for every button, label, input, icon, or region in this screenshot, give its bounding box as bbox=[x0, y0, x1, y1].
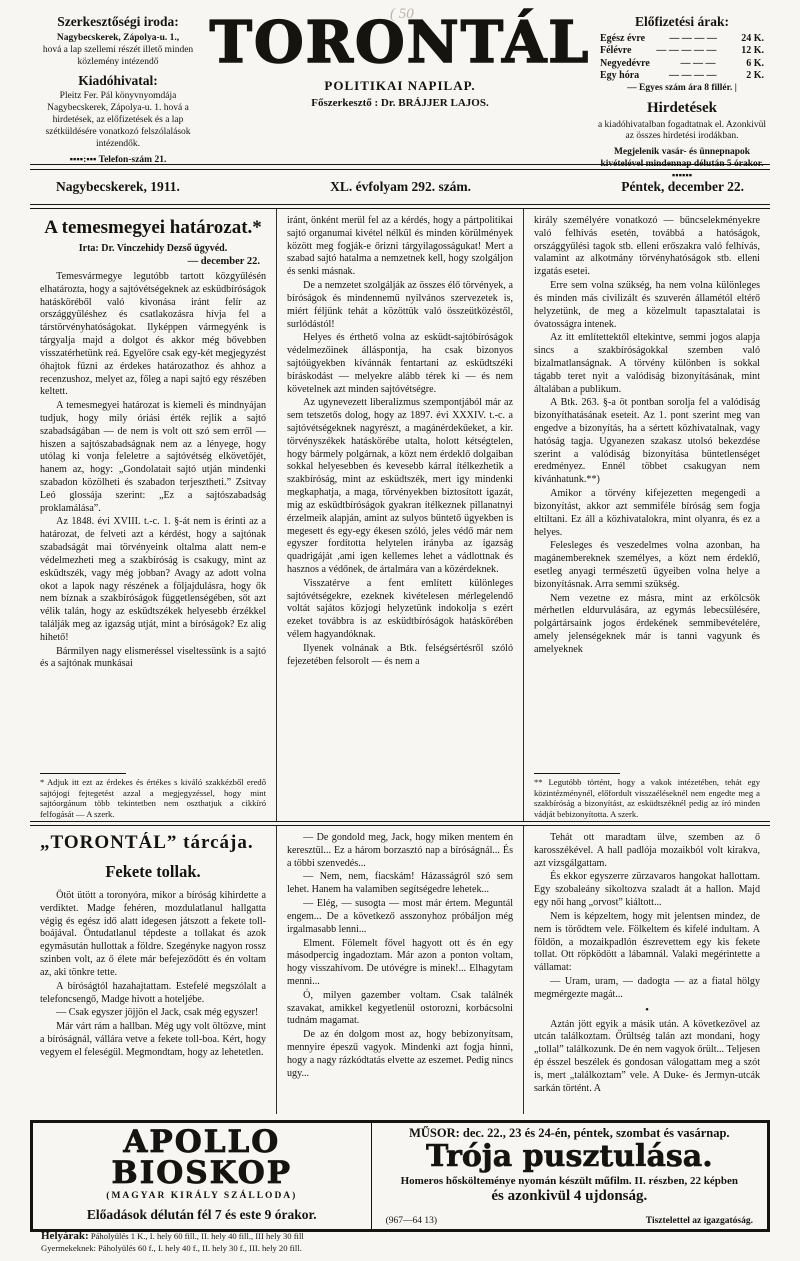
price-value: 2 K. bbox=[746, 70, 764, 83]
dateline-place: Nagybecskerek, 1911. bbox=[56, 179, 180, 195]
price-label: Negyedévre bbox=[600, 58, 650, 71]
telefon-line: ▪▪▪▪:▪▪▪ Telefon-szám 21. bbox=[30, 155, 206, 167]
feuilleton-paragraph: De az én dolgom most az, hogy bebizonyít… bbox=[287, 1029, 513, 1080]
newspaper-page: ( 50 Szerkesztőségi iroda: Nagybecskerek… bbox=[0, 0, 800, 1261]
feuilleton-paragraph: A bíróságtól hazahajtattam. Estefelé meg… bbox=[40, 981, 266, 1007]
price-row: Egy hóra — — — — 2 K. bbox=[594, 70, 770, 83]
advert-footer-row: (967—64 13) Tisztelettel az igazgatóság. bbox=[382, 1216, 757, 1227]
price-label: Egy hóra bbox=[600, 70, 639, 83]
article-paragraph: király személyére vonatkozó — bűncselekm… bbox=[534, 215, 760, 279]
advert-right: MŰSOR: dec. 22., 23 és 24-én, péntek, sz… bbox=[371, 1123, 767, 1229]
editor-footnote-1: * Adjuk itt ezt az érdekes és értékes s … bbox=[40, 773, 266, 819]
dot-separator: • bbox=[534, 1005, 760, 1016]
editorial-office-block: Szerkesztőségi iroda: Nagybecskerek, Záp… bbox=[30, 12, 206, 167]
feuilleton-paragraph: — Csak egyszer jöjjön el Jack, csak még … bbox=[40, 1007, 266, 1020]
telefon-number: Telefon-szám 21. bbox=[99, 155, 167, 165]
article-paragraph: Az itt említettektől eltekintve, semmi j… bbox=[534, 332, 760, 396]
article-column-3-text: király személyére vonatkozó — bűncselekm… bbox=[534, 215, 760, 769]
feuilleton-paragraph: És ekkor egyszerre zürzavaros hangokat h… bbox=[534, 871, 760, 909]
feuilleton-paragraph: Ó, milyen gazember voltam. Csak találnék… bbox=[287, 990, 513, 1028]
advert-showtimes: Előadások délután fél 7 és este 9 órakor… bbox=[41, 1207, 363, 1223]
article-paragraph: Az ugynevezett liberalizmus szempontjábó… bbox=[287, 397, 513, 576]
masthead-editor-line: Főszerkesztő : Dr. BRÁJJER LAJOS. bbox=[206, 97, 594, 109]
price-leader: — — — bbox=[650, 58, 746, 71]
feuilleton-column-3: Tehát ott maradtam ülve, szemben az ő ka… bbox=[523, 826, 770, 1114]
advert-left: APOLLO BIOSKOP (MAGYAR KIRÁLY SZÁLLODA) … bbox=[33, 1123, 371, 1229]
ads-text: a kiadóhivatalban fogadtatnak el. Azonki… bbox=[594, 120, 770, 144]
price-leader: — — — — bbox=[639, 70, 746, 83]
feuilleton-paragraph: Elment. Fölemelt fővel hagyott ott és én… bbox=[287, 938, 513, 989]
article-column-1: A temesmegyei határozat.* Irta: Dr. Vinc… bbox=[30, 209, 276, 821]
article-title: A temesmegyei határozat.* bbox=[40, 217, 266, 239]
publisher-title: Kiadóhivatal: bbox=[30, 73, 206, 90]
article-dateline: — december 22. bbox=[40, 256, 260, 267]
feuilleton-column-2: — De gondold meg, Jack, hogy miken mente… bbox=[276, 826, 523, 1114]
price-value: 6 K. bbox=[746, 58, 764, 71]
feuilleton-paragraph: — De gondold meg, Jack, hogy miken mente… bbox=[287, 832, 513, 870]
feuilleton-paragraph: Nem is képzeltem, hogy mit jelentsen min… bbox=[534, 911, 760, 975]
advert-prices: Helyárak: Páholyülés 1 K., I. hely 60 fi… bbox=[41, 1229, 363, 1254]
price-row: Negyedévre — — — 6 K. bbox=[594, 58, 770, 71]
article-paragraph: Helyes és érthető volna az esküdt-sajtób… bbox=[287, 332, 513, 396]
price-row: Félévre — — — — — 12 K. bbox=[594, 45, 770, 58]
article-paragraph: Bármilyen nagy elismeréssel viseltessünk… bbox=[40, 646, 266, 672]
article-column-3: király személyére vonatkozó — bűncselekm… bbox=[523, 209, 770, 821]
article-paragraph: De a nemzetet szolgálják az összes élő t… bbox=[287, 280, 513, 331]
feuilleton-paragraph: Tehát ott maradtam ülve, szemben az ő ka… bbox=[534, 832, 760, 870]
editorial-office-note: hová a lap szellemi részét illető minden… bbox=[30, 45, 206, 69]
feuilleton-column-1: „TORONTÁL” tárcája. Fekete tollak. Ötöt … bbox=[30, 826, 276, 1114]
advert-cinema-location: (MAGYAR KIRÁLY SZÁLLODA) bbox=[41, 1191, 363, 1201]
advert-children-prices: Gyermekeknek: Páholyülés 60 f., I. hely … bbox=[41, 1243, 302, 1253]
article-paragraph: A Btk. 263. §-a öt pontban sorolja fel a… bbox=[534, 397, 760, 487]
feuilleton-paragraph: — Elég, — susogta — most már értem. Megu… bbox=[287, 898, 513, 936]
dateline-issue: XL. évfolyam 292. szám. bbox=[330, 179, 471, 195]
advert-film-description: Homeros hőskölteménye nyomán készült műf… bbox=[382, 1175, 757, 1187]
publication-schedule: Megjelenik vasár- és ünnepnapok kivételé… bbox=[594, 147, 770, 183]
article-section: A temesmegyei határozat.* Irta: Dr. Vinc… bbox=[30, 209, 770, 821]
publisher-text: Pleitz Fer. Pál könyvnyomdája Nagybecske… bbox=[30, 91, 206, 150]
feuilleton-paragraph: Ötöt ütött a toronyóra, mikor a bíróság … bbox=[40, 890, 266, 980]
article-paragraph: A temesmegyei határozat is kiemeli és mi… bbox=[40, 400, 266, 515]
advert-extra-line: és azonkivül 4 ujdonság. bbox=[382, 1188, 757, 1205]
article-column-2-text: iránt, önként merül fel az a kérdés, hog… bbox=[287, 215, 513, 819]
article-column-1-text: A temesmegyei határozat.* Irta: Dr. Vinc… bbox=[40, 215, 266, 769]
masthead-subtitle: POLITIKAI NAPILAP. bbox=[206, 78, 594, 94]
schedule-text: Megjelenik vasár- és ünnepnapok kivételé… bbox=[600, 147, 763, 169]
editorial-office-address: Nagybecskerek, Zápolya-u. 1., bbox=[30, 33, 206, 45]
article-byline: Irta: Dr. Vinczehidy Dezső ügyvéd. bbox=[40, 243, 266, 254]
feuilleton-story-title: Fekete tollak. bbox=[40, 862, 266, 882]
feuilleton-paragraph: Aztán jött egyik a másik után. A követke… bbox=[534, 1019, 760, 1096]
subscription-title: Előfizetési árak: bbox=[594, 14, 770, 31]
feuilleton-column-3-text: Tehát ott maradtam ülve, szemben az ő ka… bbox=[534, 832, 760, 1112]
editorial-office-title: Szerkesztőségi iroda: bbox=[30, 14, 206, 31]
price-label: Félévre bbox=[600, 45, 631, 58]
article-paragraph: Erre sem volna szükség, ha nem volna kül… bbox=[534, 280, 760, 331]
feuilleton-column-1-text: „TORONTÁL” tárcája. Fekete tollak. Ötöt … bbox=[40, 832, 266, 1112]
feuilleton-section-title: „TORONTÁL” tárcája. bbox=[40, 832, 266, 854]
subscription-block: Előfizetési árak: Egész évre — — — — 24 … bbox=[594, 12, 770, 183]
advert-cinema-name: APOLLO BIOSKOP bbox=[41, 1127, 363, 1189]
price-label: Egész évre bbox=[600, 33, 645, 46]
masthead: TORONTÁL POLITIKAI NAPILAP. Főszerkesztő… bbox=[206, 12, 594, 109]
pencil-mark: ( 50 bbox=[390, 6, 414, 23]
article-paragraph: Amikor a törvény kifejezetten megengedi … bbox=[534, 488, 760, 539]
price-row: Egész évre — — — — 24 K. bbox=[594, 33, 770, 46]
advert-prices-values: Páholyülés 1 K., I. hely 60 fill., II. h… bbox=[91, 1231, 304, 1241]
advert-ref-number: (967—64 13) bbox=[386, 1216, 437, 1226]
advert-film-title: Trója pusztulása. bbox=[382, 1141, 757, 1173]
article-paragraph: Temesvármegye legutóbb tartott közgyűlés… bbox=[40, 271, 266, 399]
article-column-2: iránt, önként merül fel az a kérdés, hog… bbox=[276, 209, 523, 821]
price-leader: — — — — — bbox=[631, 45, 741, 58]
feuilleton-paragraph: — Nem, nem, fiacskám! Házasságról szó se… bbox=[287, 871, 513, 897]
advert-signature: Tisztelettel az igazgatóság. bbox=[646, 1216, 753, 1226]
ads-title: Hirdetések bbox=[594, 99, 770, 118]
page-header: Szerkesztőségi iroda: Nagybecskerek, Záp… bbox=[30, 12, 770, 164]
article-paragraph: Az 1848. évi XVIII. t.-c. 1. §-át nem is… bbox=[40, 516, 266, 644]
article-paragraph: Nem vezetne ez másra, mint az erkölcsök … bbox=[534, 593, 760, 657]
single-copy-price: — Egyes szám ára 8 fillér. | bbox=[594, 83, 770, 95]
editor-footnote-2: ** Legutóbb történt, hogy a vakok intéze… bbox=[534, 773, 760, 819]
price-value: 24 K. bbox=[741, 33, 764, 46]
article-paragraph: Felesleges és veszedelmes volna azonban,… bbox=[534, 540, 760, 591]
dateline-day: Péntek, december 22. bbox=[621, 179, 744, 195]
feuilleton-paragraph: — Uram, uram, — dadogta — az a fiatal hö… bbox=[534, 976, 760, 1002]
price-value: 12 K. bbox=[741, 45, 764, 58]
advert-prices-label: Helyárak: bbox=[41, 1230, 89, 1242]
price-leader: — — — — bbox=[645, 33, 741, 46]
article-paragraph: Ilyenek volnának a Btk. felségsértésről … bbox=[287, 643, 513, 669]
cinema-advert: APOLLO BIOSKOP (MAGYAR KIRÁLY SZÁLLODA) … bbox=[30, 1120, 770, 1232]
article-paragraph: Visszatérve a fent említett különleges s… bbox=[287, 578, 513, 642]
feuilleton-paragraph: Már várt rám a hallban. Még ugy volt ölt… bbox=[40, 1021, 266, 1059]
article-paragraph: iránt, önként merül fel az a kérdés, hog… bbox=[287, 215, 513, 279]
feuilleton-section: „TORONTÁL” tárcája. Fekete tollak. Ötöt … bbox=[30, 826, 770, 1114]
telefon-prefix-ornament: ▪▪▪▪:▪▪▪ bbox=[70, 155, 97, 165]
feuilleton-column-2-text: — De gondold meg, Jack, hogy miken mente… bbox=[287, 832, 513, 1112]
